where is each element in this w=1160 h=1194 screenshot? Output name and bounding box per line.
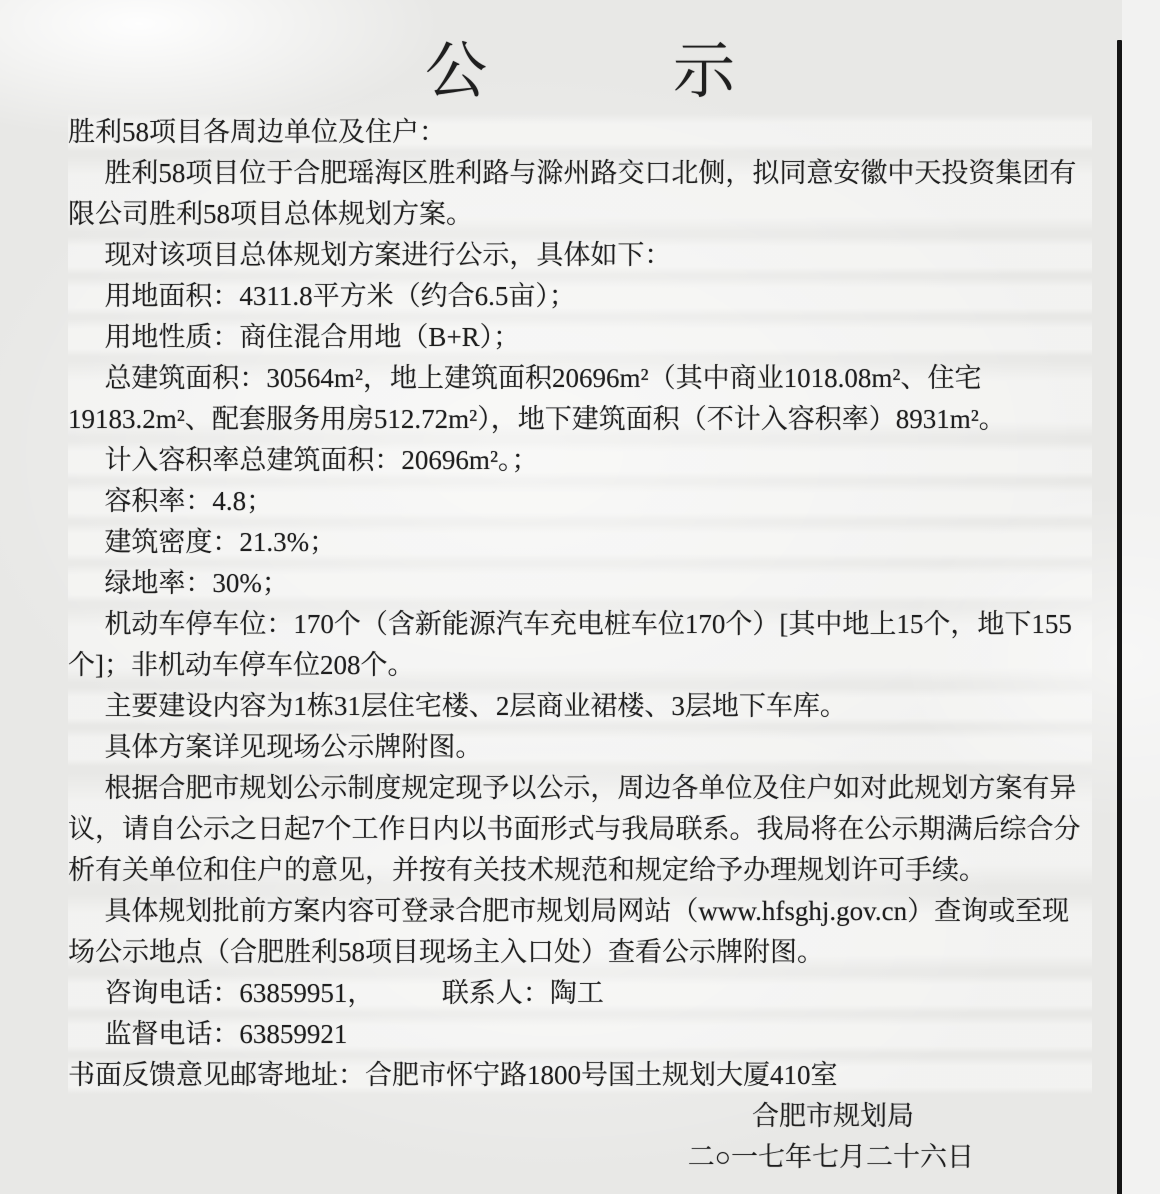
notice-paragraph: 总建筑面积：30564m²，地上建筑面积20696m²（其中商业1018.08m… [68,358,1092,440]
notice-paragraph: 现对该项目总体规划方案进行公示，具体如下： [68,235,1092,276]
notice-body: 胜利58项目各周边单位及住户： 胜利58项目位于合肥瑶海区胜利路与滁州路交口北侧… [0,112,1160,1178]
notice-paragraph: 机动车停车位：170个（含新能源汽车充电桩车位170个）[其中地上15个，地下1… [68,604,1092,686]
page-right-border-line [1117,40,1122,1194]
issue-date: 二○一七年七月二十六日 [68,1137,1092,1178]
notice-paragraph: 主要建设内容为1栋31层住宅楼、2层商业裙楼、3层地下车库。 [68,686,1092,727]
notice-paragraph: 绿地率：30%； [68,563,1092,604]
page-edge-strip [1122,0,1160,1194]
notice-title-char-2: 示 [673,36,735,108]
notice-paragraph: 具体规划批前方案内容可登录合肥市规划局网站（www.hfsghj.gov.cn）… [68,891,1092,973]
notice-paragraph: 容积率：4.8； [68,481,1092,522]
issuing-authority: 合肥市规划局 [68,1096,1092,1137]
notice-paragraph: 用地面积：4311.8平方米（约合6.5亩）； [68,276,1092,317]
signature-block: 合肥市规划局 二○一七年七月二十六日 [68,1096,1092,1178]
scanned-notice-page: 公 示 胜利58项目各周边单位及住户： 胜利58项目位于合肥瑶海区胜利路与滁州路… [0,0,1160,1194]
notice-paragraph: 胜利58项目位于合肥瑶海区胜利路与滁州路交口北侧，拟同意安徽中天投资集团有限公司… [68,153,1092,235]
notice-paragraph: 具体方案详见现场公示牌附图。 [68,727,1092,768]
notice-paragraphs: 胜利58项目位于合肥瑶海区胜利路与滁州路交口北侧，拟同意安徽中天投资集团有限公司… [68,153,1092,1096]
notice-title: 公 示 [0,36,1160,108]
notice-paragraph: 监督电话：63859921 [68,1014,1092,1055]
notice-paragraph: 用地性质：商住混合用地（B+R）； [68,317,1092,358]
salutation-line: 胜利58项目各周边单位及住户： [68,112,1092,153]
notice-paragraph: 咨询电话：63859951， 联系人：陶工 [68,973,1092,1014]
notice-paragraph: 根据合肥市规划公示制度规定现予以公示，周边各单位及住户如对此规划方案有异议，请自… [68,768,1092,891]
notice-paragraph: 建筑密度：21.3%； [68,522,1092,563]
notice-paragraph: 计入容积率总建筑面积：20696m²。； [68,440,1092,481]
notice-title-char-1: 公 [425,36,487,108]
notice-paragraph: 书面反馈意见邮寄地址：合肥市怀宁路1800号国土规划大厦410室 [68,1055,1092,1096]
